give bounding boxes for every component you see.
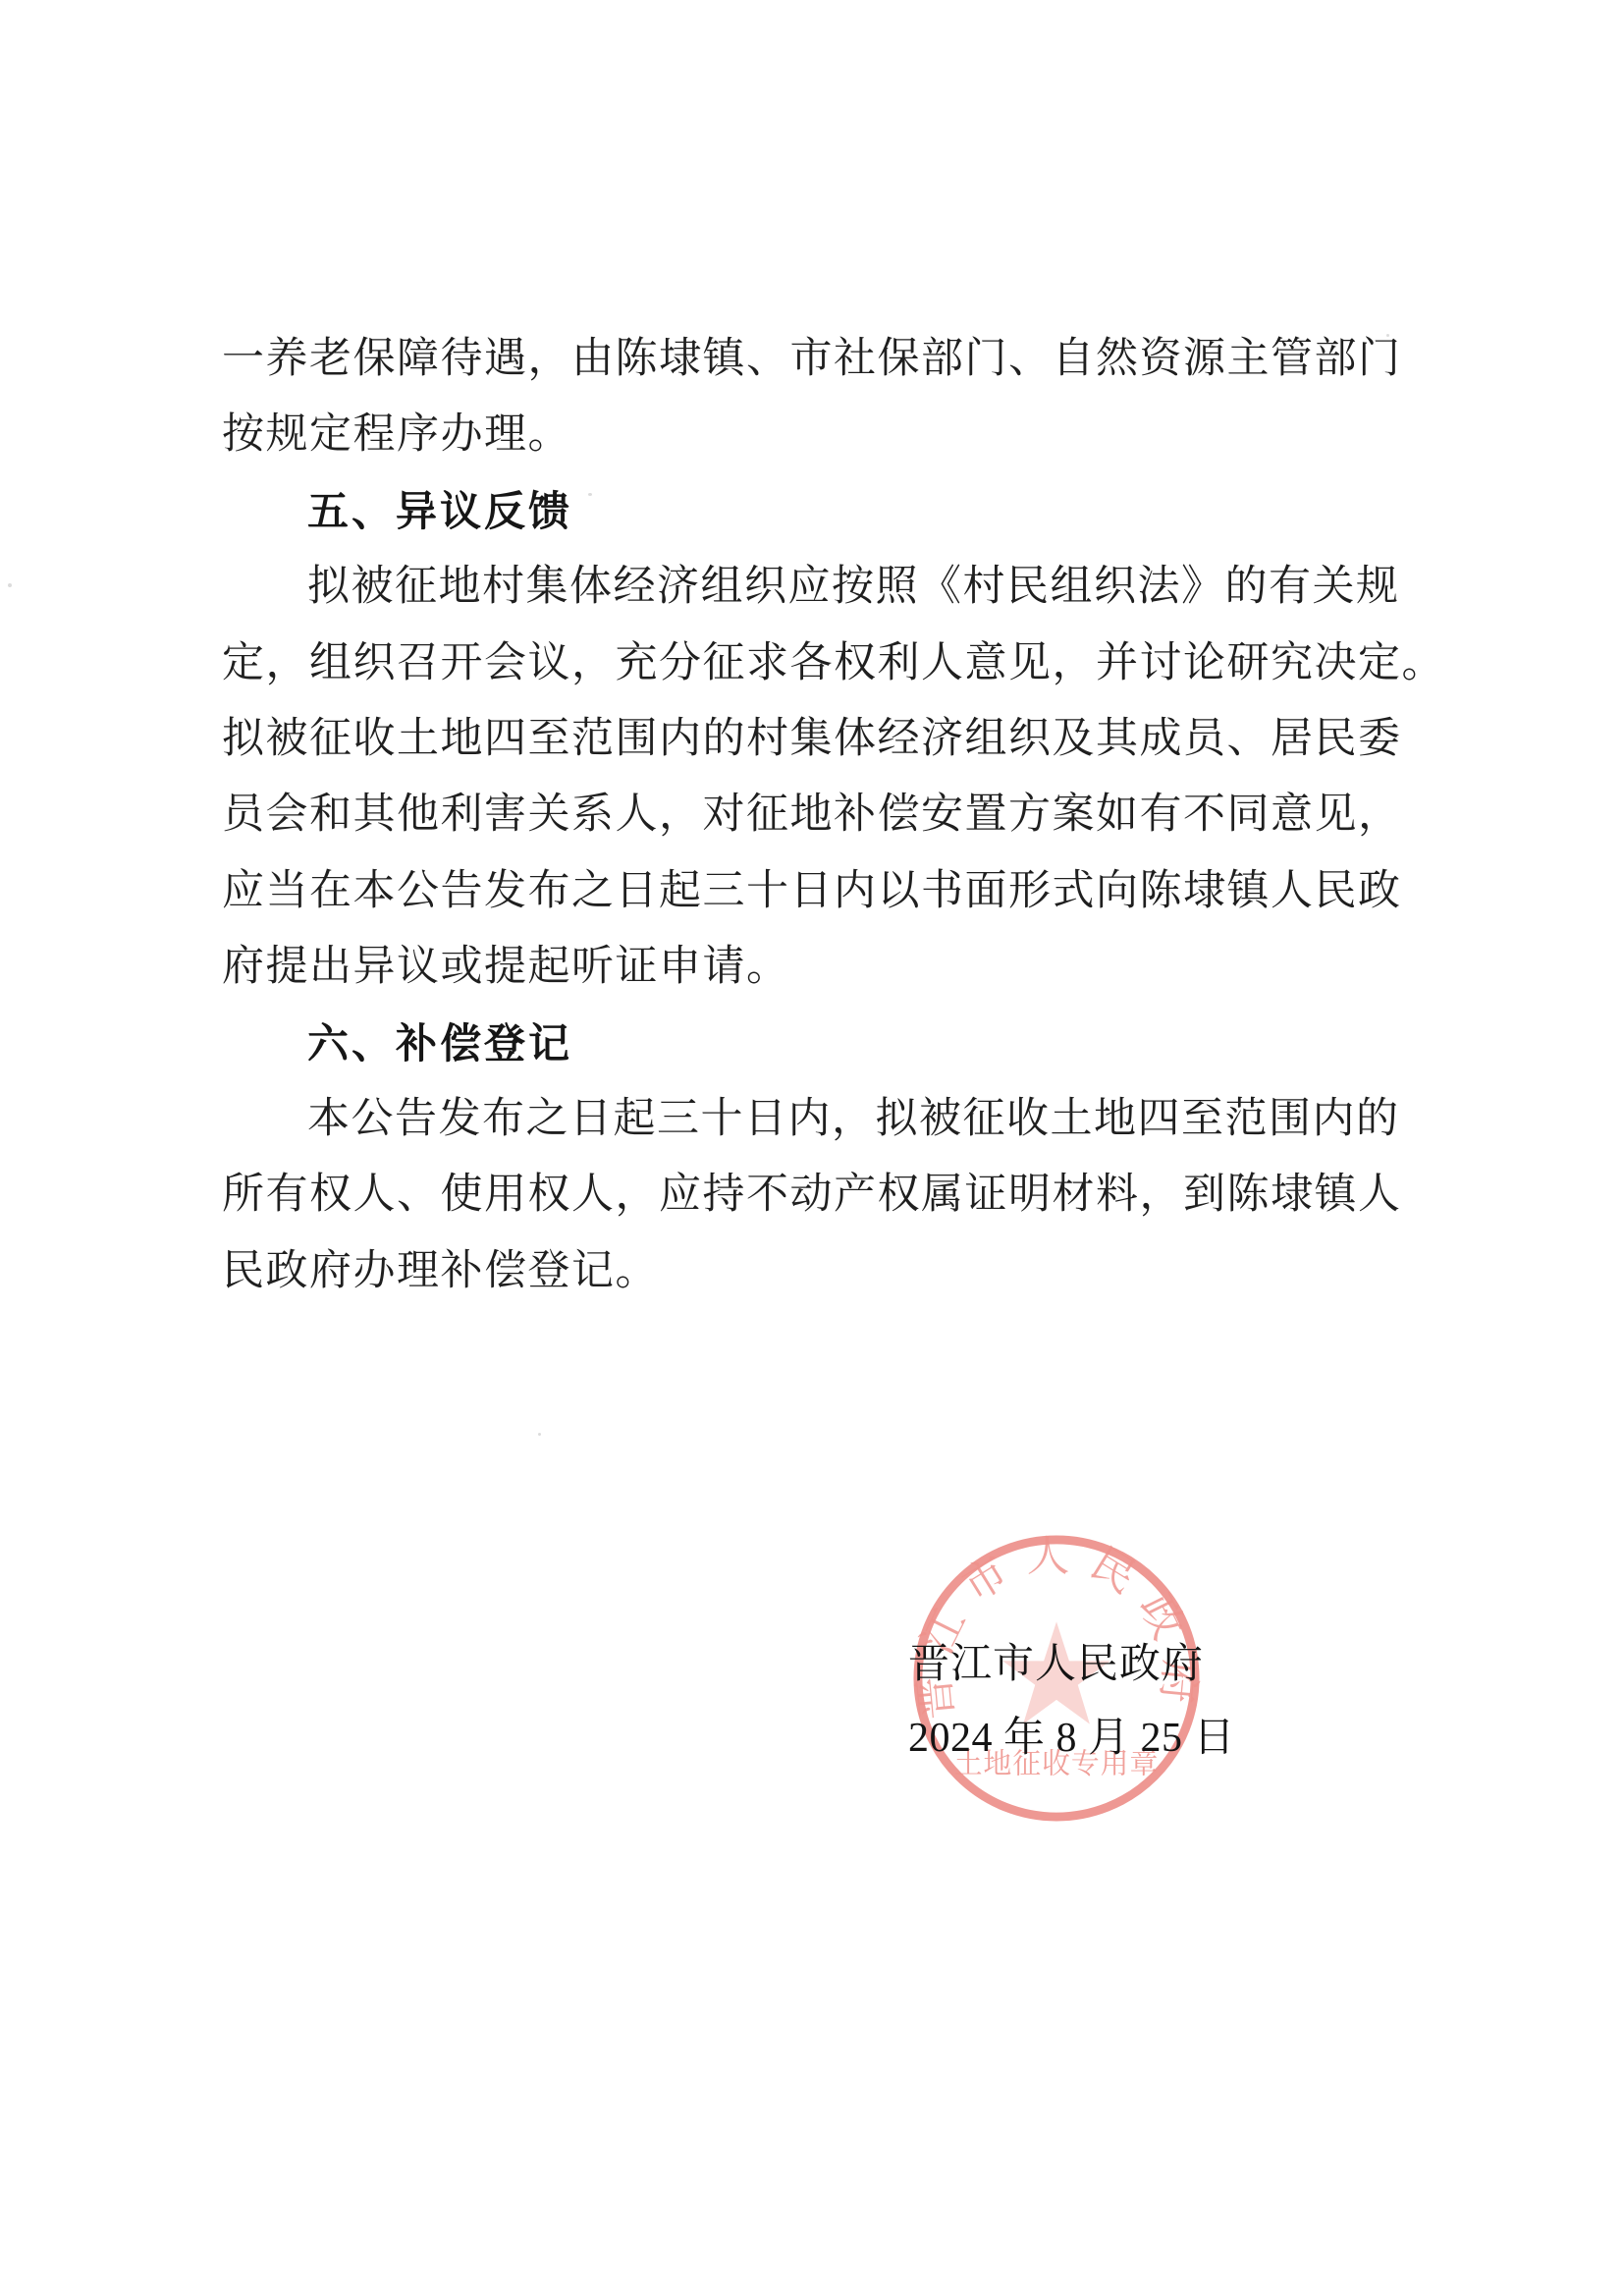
scan-speck [1386,334,1389,337]
section-heading-5: 五、异议反馈 [222,473,1439,549]
body-line: 拟被征地村集体经济组织应按照《村民组织法》的有关规 [222,549,1439,625]
scan-speck [538,1433,541,1436]
body-line: 民政府办理补偿登记。 [222,1233,1439,1309]
section-heading-6: 六、补偿登记 [222,1006,1439,1081]
body-line: 拟被征收土地四至范围内的村集体经济组织及其成员、居民委 [222,701,1439,777]
body-line: 员会和其他利害关系人，对征地补偿安置方案如有不同意见， [222,777,1439,852]
body-line: 府提出异议或提起听证申请。 [222,929,1439,1005]
document-page: 一养老保障待遇，由陈埭镇、市社保部门、自然资源主管部门 按规定程序办理。 五、异… [0,0,1623,2296]
signature-date: 2024 年 8 月 25 日 [908,1705,1235,1764]
body-line: 应当在本公告发布之日起三十日内以书面形式向陈埭镇人民政 [222,853,1439,929]
body-line: 一养老保障待遇，由陈埭镇、市社保部门、自然资源主管部门 [222,321,1439,397]
body-line: 定，组织召开会议，充分征求各权利人意见，并讨论研究决定。 [222,626,1439,701]
document-body: 一养老保障待遇，由陈埭镇、市社保部门、自然资源主管部门 按规定程序办理。 五、异… [222,321,1439,1309]
scan-speck [8,583,12,587]
signature-org: 晋江市人民政府 [908,1631,1204,1690]
body-line: 所有权人、使用权人，应持不动产权属证明材料，到陈埭镇人 [222,1157,1439,1232]
body-line: 按规定程序办理。 [222,397,1439,472]
scan-speck [588,493,592,496]
body-line: 本公告发布之日起三十日内，拟被征收土地四至范围内的 [222,1081,1439,1157]
